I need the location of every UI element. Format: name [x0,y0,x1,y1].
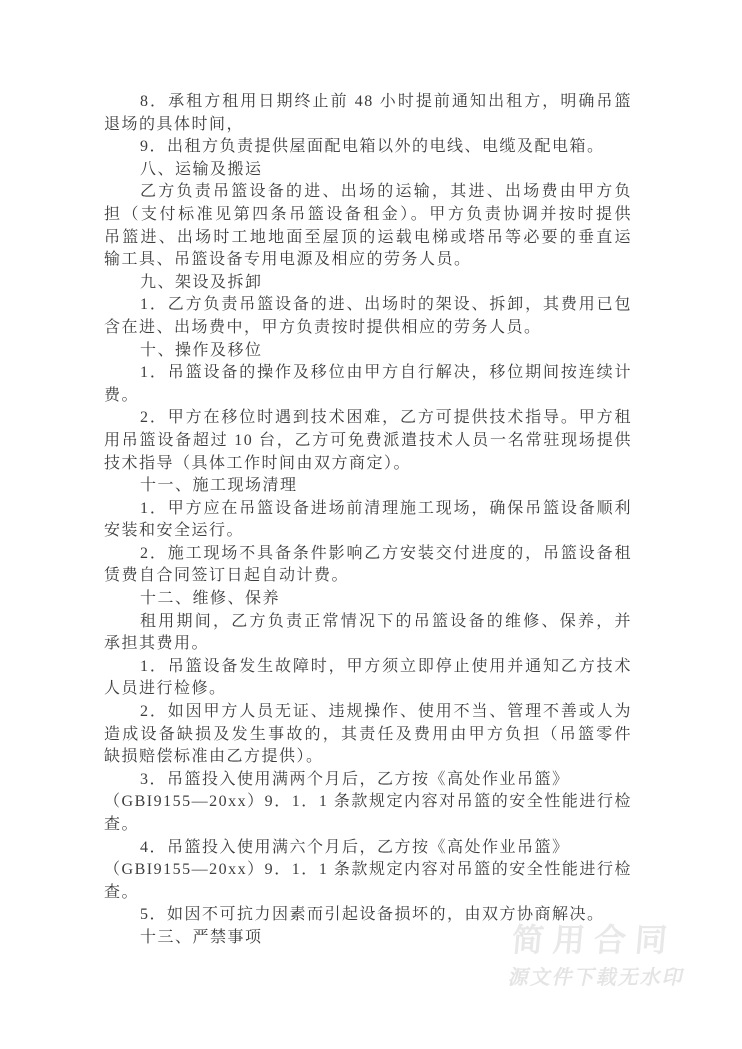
text-line: 用吊篮设备超过 10 台，乙方可免费派遣技术人员一名常驻现场提供 [104,430,632,453]
text-line: 十一、施工现场清理 [104,475,632,498]
text-line: 安装和安全运行。 [104,520,632,543]
text-line: 输工具、吊篮设备专用电源及相应的劳务人员。 [104,249,632,272]
text-line: 技术指导（具体工作时间由双方商定）。 [104,453,632,476]
watermark-tagline-text: 源文件下载无水印 [506,966,687,990]
text-line: 退场的具体时间， [104,114,632,137]
text-line: （GBI9155—20xx）9．1．1 条款规定内容对吊篮的安全性能进行检 [104,791,632,814]
text-line: 赁费自合同签订日起自动计费。 [104,565,632,588]
text-line: 1．吊篮设备发生故障时，甲方须立即停止使用并通知乙方技术 [104,656,632,679]
text-line: 租用期间，乙方负责正常情况下的吊篮设备的维修、保养，并 [104,611,632,634]
text-line: 人员进行检修。 [104,678,632,701]
text-line: 承担其费用。 [104,633,632,656]
text-line: 乙方负责吊篮设备的进、出场的运输，其进、出场费由甲方负 [104,181,632,204]
text-line: 十、操作及移位 [104,340,632,363]
text-line: 造成设备缺损及发生事故的，其责任及费用由甲方负担（吊篮零件 [104,724,632,747]
text-line: 1．吊篮设备的操作及移位由甲方自行解决，移位期间按连续计 [104,362,632,385]
text-line: 5．如因不可抗力因素而引起设备损坏的，由双方协商解决。 [104,904,632,927]
text-line: 1．甲方应在吊篮设备进场前清理施工现场，确保吊篮设备顺利 [104,498,632,521]
text-line: 吊篮进、出场时工地地面至屋顶的运载电梯或塔吊等必要的垂直运 [104,227,632,250]
text-line: 4．吊篮投入使用满六个月后，乙方按《高处作业吊篮》 [104,837,632,860]
text-line: 2．如因甲方人员无证、违规操作、使用不当、管理不善或人为 [104,701,632,724]
text-line: 费。 [104,385,632,408]
text-line: 3．吊篮投入使用满两个月后，乙方按《高处作业吊篮》 [104,769,632,792]
text-line: 九、架设及拆卸 [104,272,632,295]
text-line: 2．甲方在移位时遇到技术困难，乙方可提供技术指导。甲方租 [104,407,632,430]
text-line: 缺损赔偿标准由乙方提供）。 [104,746,632,769]
text-line: 8．承租方租用日期终止前 48 小时提前通知出租方，明确吊篮 [104,91,632,114]
text-line: 查。 [104,882,632,905]
contract-page: 简用合同 源文件下载无水印 8．承租方租用日期终止前 48 小时提前通知出租方，… [0,0,742,1049]
text-line: 十二、维修、保养 [104,588,632,611]
text-line: 2．施工现场不具备条件影响乙方安装交付进度的，吊篮设备租 [104,543,632,566]
text-line: 八、运输及搬运 [104,159,632,182]
text-line: 含在进、出场费中，甲方负责按时提供相应的劳务人员。 [104,317,632,340]
text-line: 查。 [104,814,632,837]
text-line: 1．乙方负责吊篮设备的进、出场时的架设、拆卸，其费用已包 [104,294,632,317]
contract-body-text: 8．承租方租用日期终止前 48 小时提前通知出租方，明确吊篮退场的具体时间，9．… [104,91,632,950]
text-line: 十三、严禁事项 [104,927,632,950]
text-line: （GBI9155—20xx）9．1．1 条款规定内容对吊篮的安全性能进行检 [104,859,632,882]
text-line: 担（支付标准见第四条吊篮设备租金）。甲方负责协调并按时提供 [104,204,632,227]
text-line: 9．出租方负责提供屋面配电箱以外的电线、电缆及配电箱。 [104,136,632,159]
